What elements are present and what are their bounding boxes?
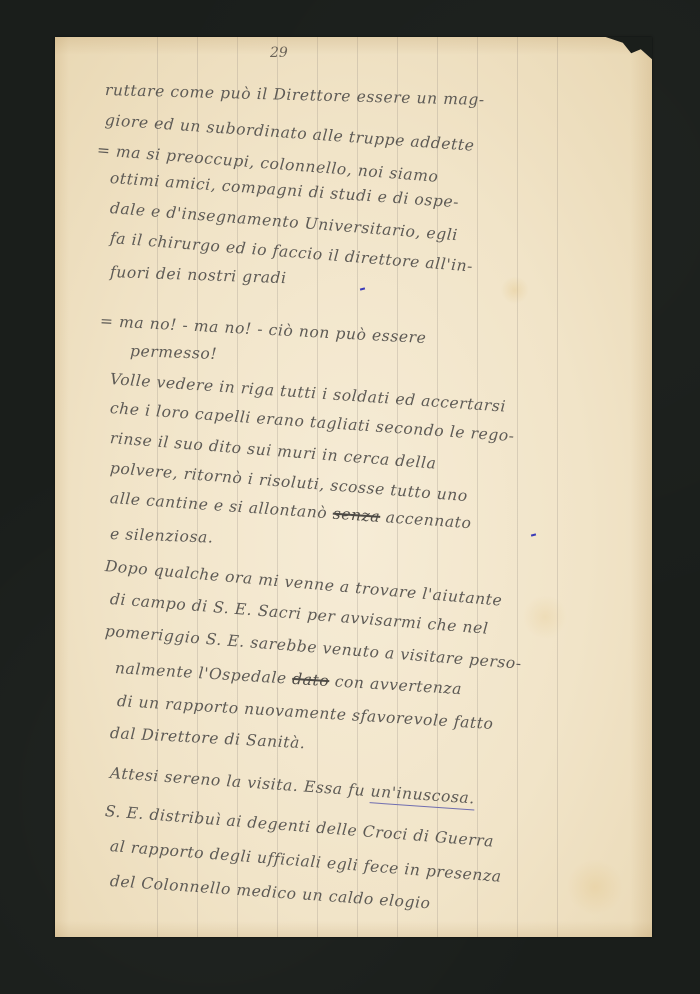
line-text: fuori dei nostri gradi bbox=[110, 263, 287, 287]
line-text: e silenziosa. bbox=[110, 525, 214, 547]
line-text-after: con avvertenza bbox=[329, 672, 463, 698]
handwritten-line: ruttare come può il Direttore essere un … bbox=[105, 81, 485, 109]
handwritten-line: Attesi sereno la visita. Essa fu un'inus… bbox=[109, 764, 475, 807]
handwritten-line: permesso! bbox=[130, 342, 218, 363]
handwritten-line: dal Direttore di Sanità. bbox=[110, 724, 306, 752]
handwritten-line: fuori dei nostri gradi bbox=[110, 263, 287, 287]
line-text-after: accennato bbox=[380, 508, 473, 532]
struck-through-word: senza bbox=[332, 505, 381, 526]
struck-through-word: dato bbox=[292, 670, 330, 690]
line-text: permesso! bbox=[130, 342, 218, 363]
line-text: dal Direttore di Sanità. bbox=[110, 724, 306, 752]
line-text: nalmente l'Ospedale bbox=[114, 659, 292, 688]
line-text: del Colonnello medico un caldo elogio bbox=[109, 872, 431, 912]
line-text: alle cantine e si allontanò bbox=[109, 489, 333, 523]
handwritten-text-block: ruttare come può il Direttore essere un … bbox=[55, 37, 652, 937]
handwritten-line: del Colonnello medico un caldo elogio bbox=[109, 872, 431, 912]
line-text: ruttare come può il Direttore essere un … bbox=[105, 81, 485, 109]
handwritten-line: nalmente l'Ospedale dato con avvertenza bbox=[114, 659, 462, 698]
manuscript-page: 29 ruttare come può il Direttore essere … bbox=[55, 37, 652, 937]
underlined-word: un'inuscosa. bbox=[370, 782, 476, 810]
line-text: Attesi sereno la visita. Essa fu bbox=[109, 764, 371, 800]
handwritten-line: e silenziosa. bbox=[110, 525, 214, 547]
